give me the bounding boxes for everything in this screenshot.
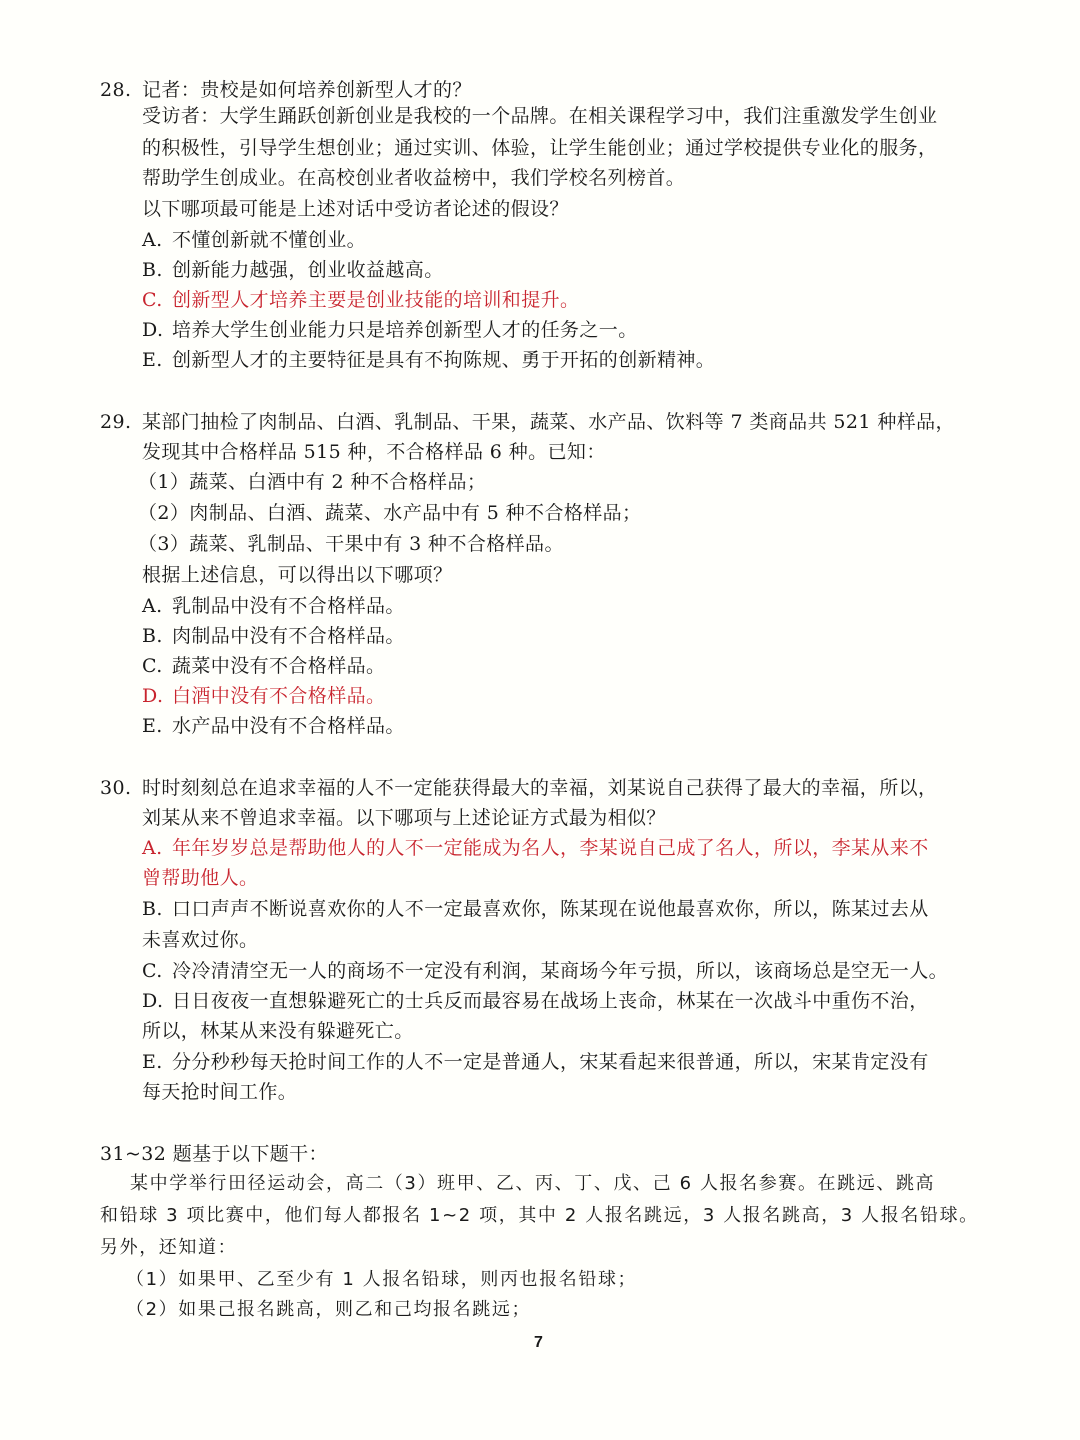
stem-line: 和铅球 3 项比赛中，他们每人都报名 1~2 项，其中 2 人报名跳远，3 人报… — [100, 1204, 979, 1228]
option-text: 未喜欢过你。 — [142, 928, 258, 952]
stem-line: 另外，还知道： — [100, 1236, 237, 1260]
exam-page: 28. 记者：贵校是如何培养创新型人才的？ 受访者：大学生踊跃创新创业是我校的一… — [0, 0, 1080, 1440]
option-text: 乳制品中没有不合格样品。 — [172, 594, 405, 618]
condition-2: （2）肉制品、白酒、蔬菜、水产品中有 5 种不合格样品； — [138, 501, 641, 525]
question-number: 28. — [100, 78, 131, 102]
option-label: E. — [142, 348, 163, 372]
option-label: C. — [142, 959, 163, 983]
option-text: 不懂创新就不懂创业。 — [172, 228, 366, 252]
option-label: B. — [142, 258, 163, 282]
option-label: D. — [142, 989, 163, 1013]
option-text: 曾帮助他人。 — [142, 866, 258, 890]
option-text: 创新型人才培养主要是创业技能的培训和提升。 — [172, 288, 579, 312]
question-line: 发现其中合格样品 515 种，不合格样品 6 种。已知： — [142, 440, 606, 464]
option-label: A. — [142, 836, 163, 860]
condition-3: （3）蔬菜、乳制品、干果中有 3 种不合格样品。 — [138, 532, 564, 556]
option-text: 培养大学生创业能力只是培养创新型人才的任务之一。 — [172, 318, 638, 342]
question-line: 某部门抽检了肉制品、白酒、乳制品、干果，蔬菜、水产品、饮料等 7 类商品共 52… — [142, 410, 955, 434]
option-text: 蔬菜中没有不合格样品。 — [172, 654, 385, 678]
option-label: A. — [142, 228, 163, 252]
condition-1: （1）蔬菜、白酒中有 2 种不合格样品； — [138, 470, 486, 494]
option-text: 肉制品中没有不合格样品。 — [172, 624, 405, 648]
option-label: B. — [142, 624, 163, 648]
option-label: C. — [142, 288, 163, 312]
page-number: 7 — [534, 1334, 543, 1352]
condition-2: （2）如果己报名跳高，则乙和己均报名跳远； — [126, 1298, 531, 1322]
option-label: E. — [142, 714, 163, 738]
option-label: B. — [142, 897, 163, 921]
option-text: 白酒中没有不合格样品。 — [172, 684, 385, 708]
option-text: 年年岁岁总是帮助他人的人不一定能成为名人，李某说自己成了名人，所以，李某从来不 — [172, 836, 929, 860]
option-text: 口口声声不断说喜欢你的人不一定最喜欢你，陈某现在说他最喜欢你，所以，陈某过去从 — [172, 897, 929, 921]
stem-header: 31~32 题基于以下题干： — [100, 1142, 328, 1166]
question-prompt: 根据上述信息，可以得出以下哪项？ — [142, 563, 452, 587]
option-text: 所以，林某从来没有躲避死亡。 — [142, 1019, 414, 1043]
condition-1: （1）如果甲、乙至少有 1 人报名铅球，则丙也报名铅球； — [126, 1268, 637, 1292]
question-line: 帮助学生创成业。在高校创业者收益榜中，我们学校名列榜首。 — [142, 166, 685, 190]
question-line: 刘某从来不曾追求幸福。以下哪项与上述论证方式最为相似？ — [142, 806, 666, 830]
option-label: D. — [142, 318, 163, 342]
question-line: 受访者：大学生踊跃创新创业是我校的一个品牌。在相关课程学习中，我们注重激发学生创… — [142, 104, 937, 128]
question-number: 29. — [100, 410, 131, 434]
option-text: 分分秒秒每天抢时间工作的人不一定是普通人，宋某看起来很普通，所以，宋某肯定没有 — [172, 1050, 929, 1074]
stem-line: 某中学举行田径运动会，高二（3）班甲、乙、丙、丁、戊、己 6 人报名参赛。在跳远… — [130, 1172, 935, 1196]
option-text: 创新型人才的主要特征是具有不拘陈规、勇于开拓的创新精神。 — [172, 348, 715, 372]
option-text: 水产品中没有不合格样品。 — [172, 714, 405, 738]
option-text: 每天抢时间工作。 — [142, 1080, 297, 1104]
option-text: 创新能力越强，创业收益越高。 — [172, 258, 444, 282]
option-label: C. — [142, 654, 163, 678]
option-text: 冷冷清清空无一人的商场不一定没有利润，某商场今年亏损，所以，该商场总是空无一人。 — [172, 959, 948, 983]
question-prompt: 以下哪项最可能是上述对话中受访者论述的假设？ — [142, 197, 569, 221]
option-label: A. — [142, 594, 163, 618]
question-number: 30. — [100, 776, 131, 800]
question-line: 时时刻刻总在追求幸福的人不一定能获得最大的幸福，刘某说自己获得了最大的幸福，所以… — [142, 776, 937, 800]
question-line: 记者：贵校是如何培养创新型人才的？ — [142, 78, 472, 102]
option-text: 日日夜夜一直想躲避死亡的士兵反而最容易在战场上丧命，林某在一次战斗中重伤不治， — [172, 989, 929, 1013]
option-label: D. — [142, 684, 163, 708]
question-line: 的积极性，引导学生想创业；通过实训、体验，让学生能创业；通过学校提供专业化的服务… — [142, 136, 937, 160]
option-label: E. — [142, 1050, 163, 1074]
